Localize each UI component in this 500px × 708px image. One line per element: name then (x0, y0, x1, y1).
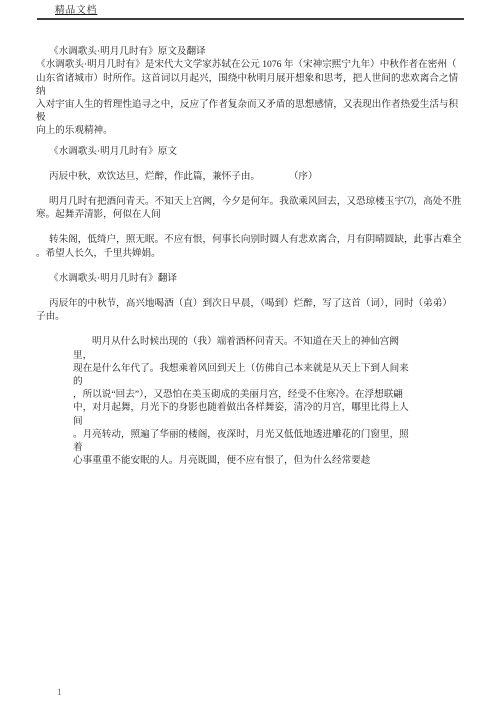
original-section-heading: 《水调歌头·明月几时有》原文 (36, 145, 464, 158)
page-number: 1 (57, 687, 62, 698)
header-brand-label: 精品文档 (55, 4, 97, 17)
document-title: 《水调歌头·明月几时有》原文及翻译 (36, 45, 464, 58)
intro-paragraph: 《水调歌头·明月几时有》是宋代大文学家苏轼在公元 1076 年（宋神宗熙宁九年）… (36, 58, 464, 137)
document-content: 《水调歌头·明月几时有》原文及翻译 《水调歌头·明月几时有》是宋代大文学家苏轼在… (0, 45, 500, 467)
translation-body-paragraph: 明月从什么时候出现的（我）端着酒杯问青天。不知道在天上的神仙宫阙里， 现在是什么… (73, 335, 416, 467)
poem-stanza-2: 转朱阁，低绮户，照无眠。不应有恨，何事长向别时圆人有悲欢离合，月有阴晴圆缺，此事… (36, 233, 464, 259)
document-page: 精品文档 《水调歌头·明月几时有》原文及翻译 《水调歌头·明月几时有》是宋代大文… (0, 0, 500, 708)
page-footer: 1 (57, 686, 62, 699)
translation-preface-paragraph: 丙辰年的中秋节，高兴地喝酒（直）到次日早晨，（喝到）烂醉，写了这首（词），同时（… (36, 297, 464, 323)
page-header: 精品文档 (37, 0, 464, 20)
poem-stanza-1: 明月几时有把酒问青天。不知天上宫阙，今夕是何年。我欲乘风回去，又恐琼楼玉宇⑺，高… (36, 195, 464, 221)
translation-section-heading: 《水调歌头·明月几时有》翻译 (36, 272, 464, 285)
poem-preface-line: 丙辰中秋，欢饮达旦，烂醉，作此篇，兼怀子由。 （序） (36, 170, 464, 183)
